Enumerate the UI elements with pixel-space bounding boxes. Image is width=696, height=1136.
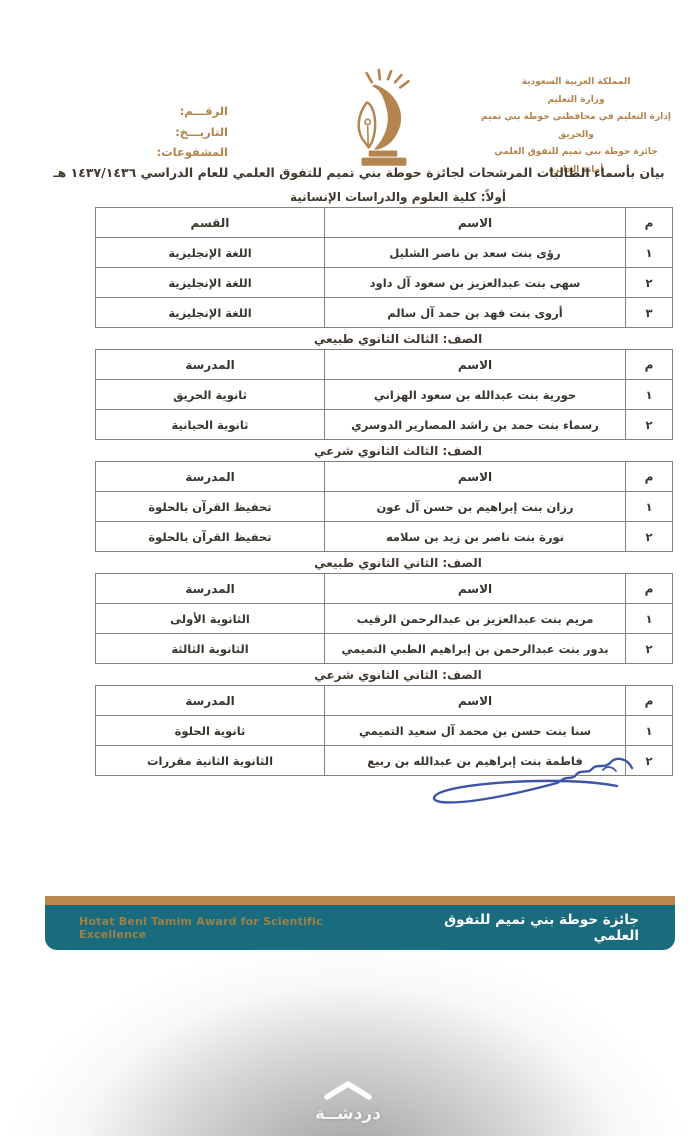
row-number: ٢ — [626, 410, 673, 440]
table-row: ٢رسماء بنت حمد بن راشد المصارير الدوسريث… — [96, 410, 673, 440]
student-name: سنا بنت حسن بن محمد آل سعيد التميمي — [325, 716, 626, 746]
school-name: ثانوية الحريق — [96, 380, 325, 410]
table-header-row: مالاسمالمدرسة — [96, 462, 673, 492]
table-header-row: مالاسمالمدرسة — [96, 574, 673, 604]
table-row: ٢سهى بنت عبدالعزيز بن سعود آل داوداللغة … — [96, 268, 673, 298]
student-name: رؤى بنت سعد بن ناصر الشليل — [325, 238, 626, 268]
student-name: أروى بنت فهد بن حمد آل سالم — [325, 298, 626, 328]
banner-arabic-text: جائزة حوطة بني تميم للتفوق العلمي — [394, 912, 639, 944]
ministry-line-directorate: إدارة التعليم في محافظتي حوطة بني تميم و… — [480, 109, 672, 144]
school-name: الثانوية الثانية مقررات — [96, 746, 325, 776]
document-section: الصف: الثالث الثانوي شرعي مالاسمالمدرسة … — [123, 440, 673, 552]
scanned-document-page: المملكة العربية السعودية وزارة التعليم إ… — [0, 0, 696, 1136]
column-header: الاسم — [325, 462, 626, 492]
table-row: ١رؤى بنت سعد بن ناصر الشليلاللغة الإنجلي… — [96, 238, 673, 268]
ministry-header: المملكة العربية السعودية وزارة التعليم إ… — [480, 74, 672, 179]
row-number: ١ — [626, 492, 673, 522]
signature-ink — [420, 748, 645, 816]
school-name: تحفيظ القرآن بالحلوة — [96, 492, 325, 522]
school-name: اللغة الإنجليزية — [96, 268, 325, 298]
section-heading: الصف: الثاني الثانوي طبيعي — [123, 552, 673, 573]
school-name: اللغة الإنجليزية — [96, 298, 325, 328]
column-header: المدرسة — [96, 574, 325, 604]
table-header-row: مالاسمالقسم — [96, 208, 673, 238]
row-number: ٢ — [626, 268, 673, 298]
student-name: سهى بنت عبدالعزيز بن سعود آل داود — [325, 268, 626, 298]
column-header: الاسم — [325, 208, 626, 238]
document-section: الصف: الثاني الثانوي طبيعي مالاسمالمدرسة… — [123, 552, 673, 664]
tables-area: أولاً: كلية العلوم والدراسات الإنسانية م… — [123, 186, 673, 776]
column-header: الاسم — [325, 350, 626, 380]
ministry-line-award: جائزة حوطة بني تميم للتفوق العلمي — [480, 144, 672, 162]
ministry-line-ministry: وزارة التعليم — [480, 92, 672, 110]
table-row: ١رزان بنت إبراهيم بن حسن آل عونتحفيظ الق… — [96, 492, 673, 522]
row-number: ٢ — [626, 634, 673, 664]
column-header: المدرسة — [96, 350, 325, 380]
banner-gold-strip — [45, 896, 675, 905]
footer-banner: Hotat Beni Tamim Award for Scientific Ex… — [45, 896, 675, 950]
students-table: مالاسمالمدرسة ١حورية بنت عبدالله بن سعود… — [95, 349, 673, 440]
document-title: بيان بأسماء الطالبات المرشحات لجائزة حوط… — [36, 165, 682, 180]
section-heading: أولاً: كلية العلوم والدراسات الإنسانية — [123, 186, 673, 207]
row-number: ١ — [626, 380, 673, 410]
table-row: ٢نورة بنت ناصر بن زيد بن سلامهتحفيظ القر… — [96, 522, 673, 552]
pen-trophy-icon — [330, 68, 442, 176]
column-header: م — [626, 350, 673, 380]
row-number: ٣ — [626, 298, 673, 328]
ministry-line-country: المملكة العربية السعودية — [480, 74, 672, 92]
banner-english-text: Hotat Beni Tamim Award for Scientific Ex… — [79, 915, 394, 941]
section-heading: الصف: الثالث الثانوي طبيعي — [123, 328, 673, 349]
column-header: م — [626, 574, 673, 604]
reference-fields: الرقـــم: التاريـــخ: المشفوعات: — [116, 101, 228, 163]
row-number: ١ — [626, 604, 673, 634]
ref-attachments-label: المشفوعات: — [116, 142, 228, 163]
student-name: بدور بنت عبدالرحمن بن إبراهيم الطبي التم… — [325, 634, 626, 664]
table-row: ١سنا بنت حسن بن محمد آل سعيد التميميثانو… — [96, 716, 673, 746]
table-row: ١مريم بنت عبدالعزيز بن عبدالرحمن الرقيبا… — [96, 604, 673, 634]
column-header: المدرسة — [96, 462, 325, 492]
table-header-row: مالاسمالمدرسة — [96, 686, 673, 716]
column-header: الاسم — [325, 574, 626, 604]
column-header: م — [626, 686, 673, 716]
ref-date-label: التاريـــخ: — [116, 122, 228, 143]
row-number: ١ — [626, 238, 673, 268]
banner-body: Hotat Beni Tamim Award for Scientific Ex… — [45, 905, 675, 950]
school-name: الثانوية الأولى — [96, 604, 325, 634]
table-row: ٢بدور بنت عبدالرحمن بن إبراهيم الطبي الت… — [96, 634, 673, 664]
student-name: رسماء بنت حمد بن راشد المصارير الدوسري — [325, 410, 626, 440]
school-name: ثانوية الحلوة — [96, 716, 325, 746]
document-section: الصف: الثالث الثانوي طبيعي مالاسمالمدرسة… — [123, 328, 673, 440]
students-table: مالاسمالمدرسة ١مريم بنت عبدالعزيز بن عبد… — [95, 573, 673, 664]
row-number: ٢ — [626, 522, 673, 552]
students-table: مالاسمالقسم ١رؤى بنت سعد بن ناصر الشليلا… — [95, 207, 673, 328]
column-header: القسم — [96, 208, 325, 238]
students-table: مالاسمالمدرسة ١رزان بنت إبراهيم بن حسن آ… — [95, 461, 673, 552]
column-header: المدرسة — [96, 686, 325, 716]
row-number: ١ — [626, 716, 673, 746]
chevron-up-icon — [322, 1080, 374, 1100]
column-header: م — [626, 208, 673, 238]
student-name: حورية بنت عبدالله بن سعود الهزاني — [325, 380, 626, 410]
column-header: الاسم — [325, 686, 626, 716]
school-name: تحفيظ القرآن بالحلوة — [96, 522, 325, 552]
student-name: نورة بنت ناصر بن زيد بن سلامه — [325, 522, 626, 552]
chat-pull-up[interactable]: دردشــة — [0, 1080, 696, 1124]
school-name: اللغة الإنجليزية — [96, 238, 325, 268]
table-row: ٣أروى بنت فهد بن حمد آل سالماللغة الإنجل… — [96, 298, 673, 328]
chat-label: دردشــة — [315, 1104, 381, 1124]
table-header-row: مالاسمالمدرسة — [96, 350, 673, 380]
document-section: أولاً: كلية العلوم والدراسات الإنسانية م… — [123, 186, 673, 328]
student-name: مريم بنت عبدالعزيز بن عبدالرحمن الرقيب — [325, 604, 626, 634]
section-heading: الصف: الثالث الثانوي شرعي — [123, 440, 673, 461]
ref-number-label: الرقـــم: — [116, 101, 228, 122]
school-name: ثانوية الحيانية — [96, 410, 325, 440]
section-heading: الصف: الثاني الثانوي شرعي — [123, 664, 673, 685]
student-name: رزان بنت إبراهيم بن حسن آل عون — [325, 492, 626, 522]
table-row: ١حورية بنت عبدالله بن سعود الهزانيثانوية… — [96, 380, 673, 410]
school-name: الثانوية الثالثة — [96, 634, 325, 664]
column-header: م — [626, 462, 673, 492]
